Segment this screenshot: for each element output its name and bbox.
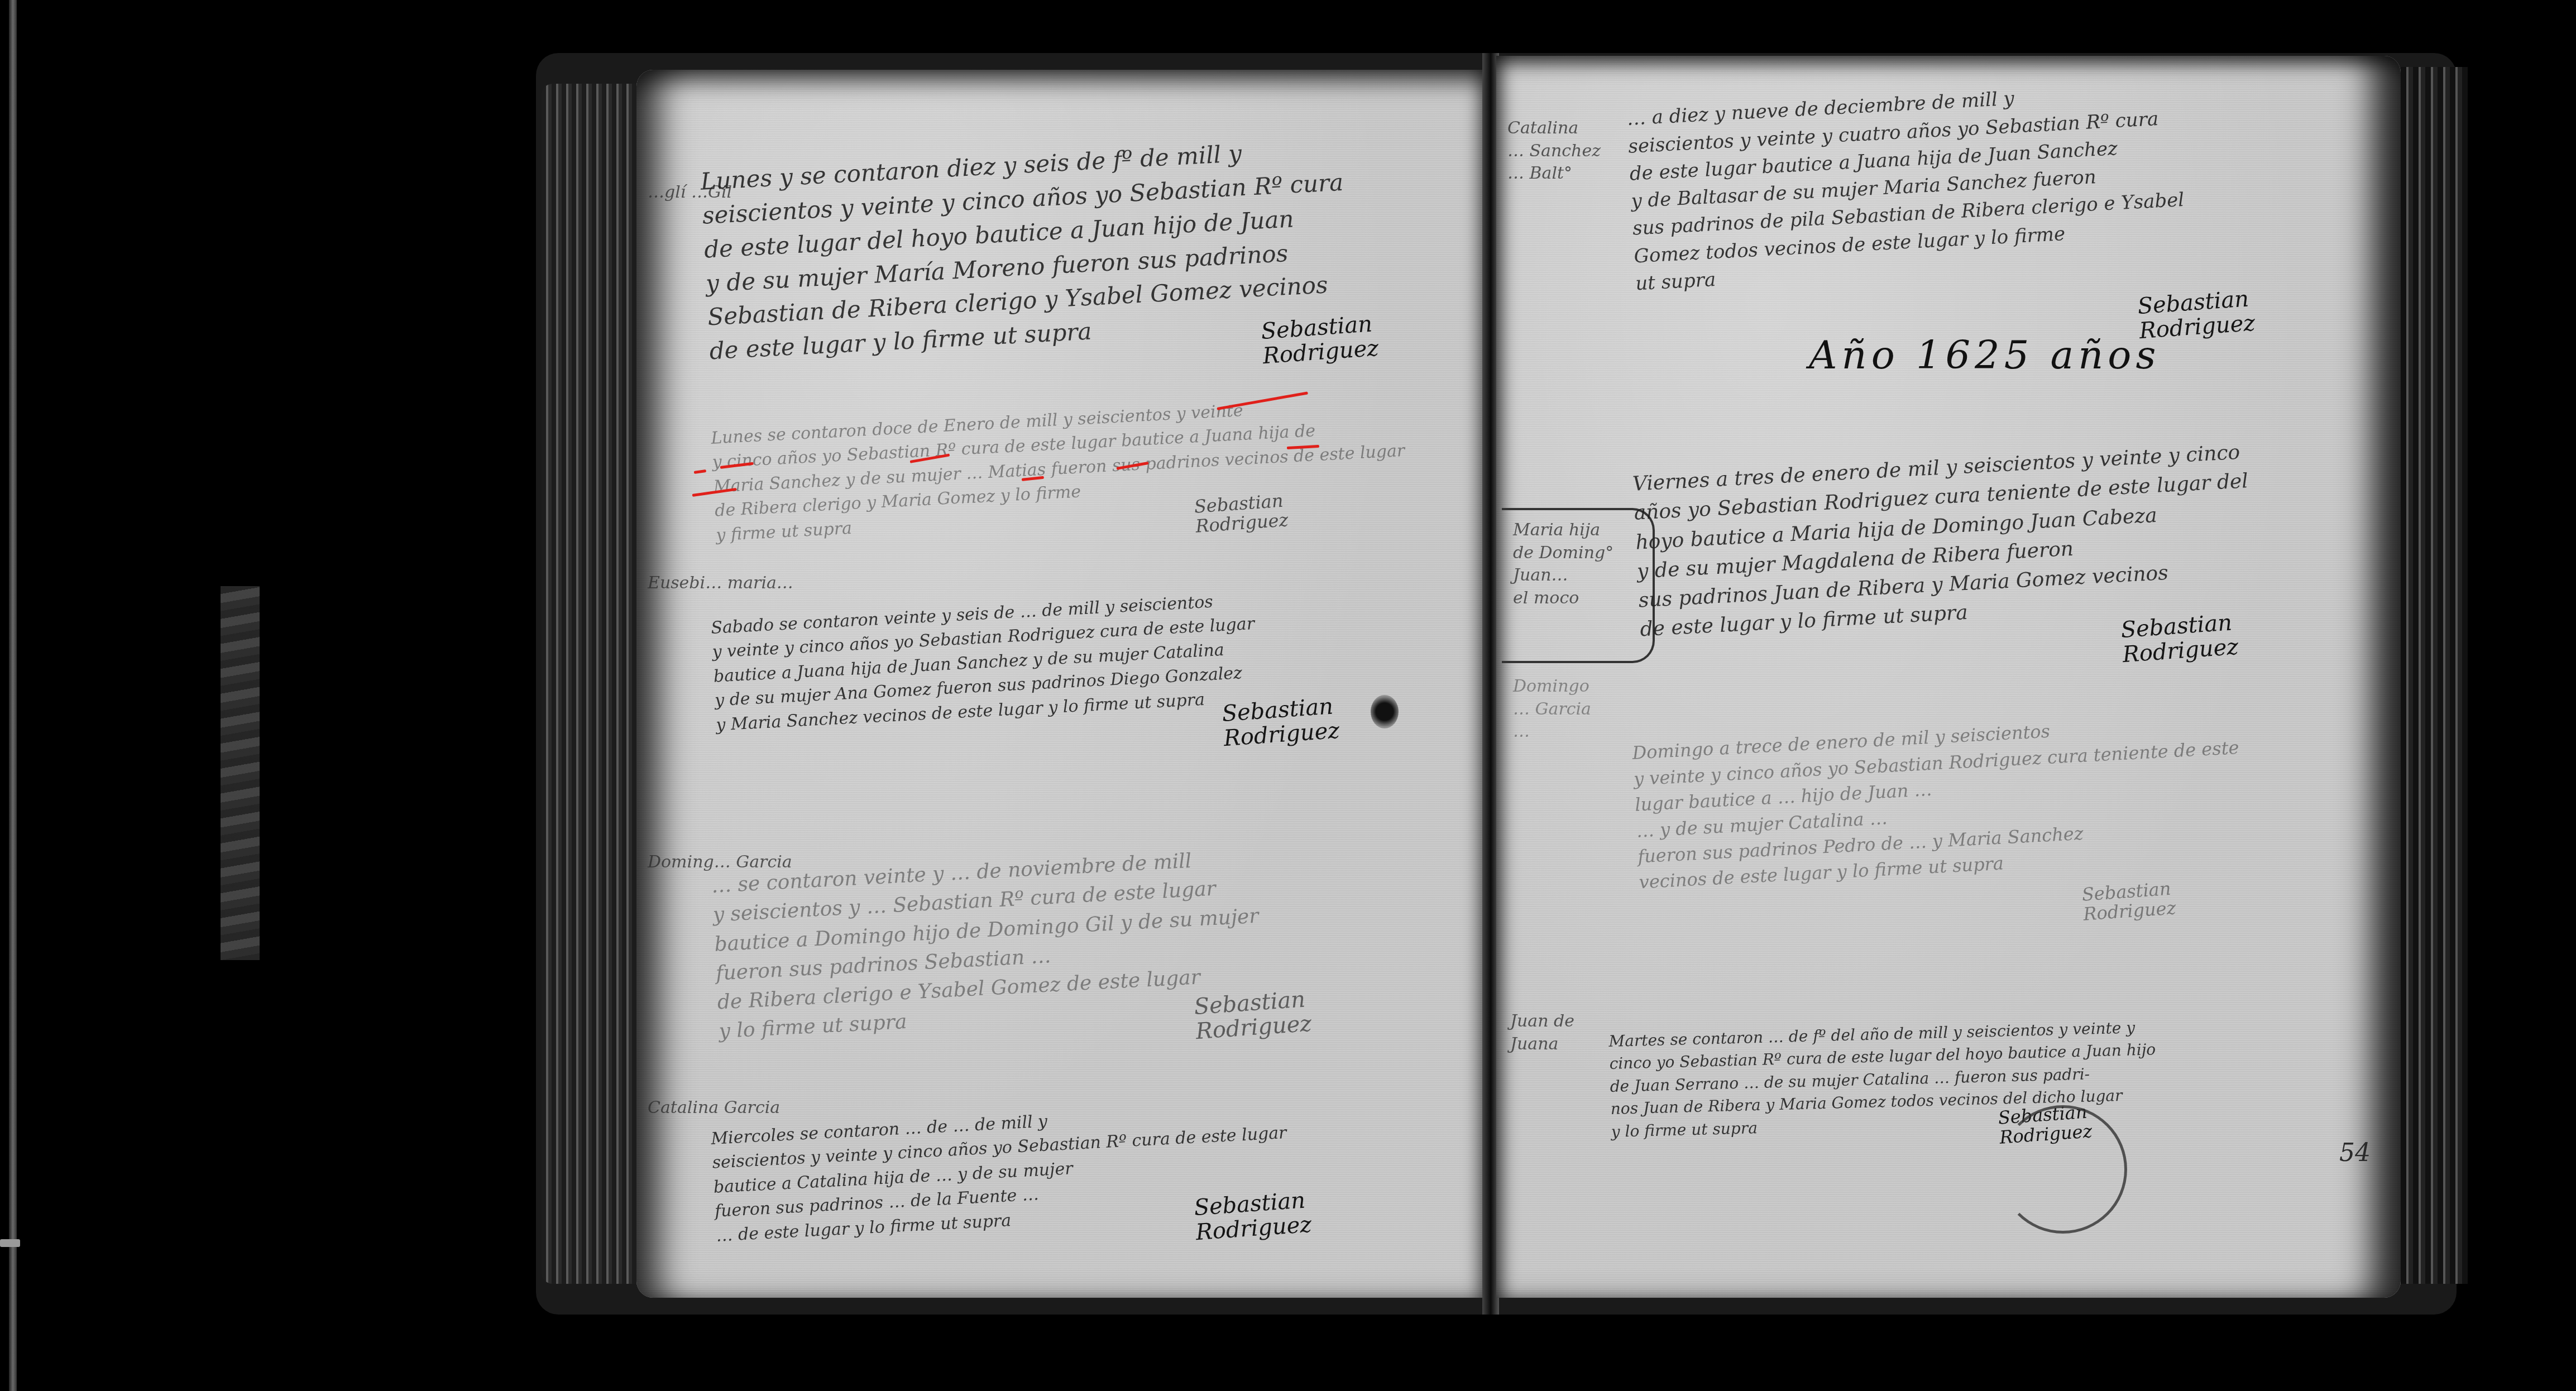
entry-text: … a diez y nueve de deciembre de mill y … [1626,88,2185,295]
microfilm-scan: …glí …Gil Eusebi… maria… Doming… Garcia … [0,0,2576,1391]
margin-note: Catalina … Sanchez … Balt° [1507,117,1601,185]
left-page: …glí …Gil Eusebi… maria… Doming… Garcia … [636,70,1485,1298]
signature: Sebastian Rodriguez [1193,987,1312,1044]
red-underline-annotation [694,469,706,474]
page-number: 54 [2339,1139,2371,1167]
signature: Sebastian Rodriguez [2120,610,2239,667]
ink-blot [1371,695,1399,728]
page-edges-right [2401,67,2468,1284]
signature: Sebastian Rodriguez [1221,694,1340,751]
entry-text: Sabado se contaron veinte y seis de … de… [710,592,1255,735]
baptism-entry: … se contaron veinte y … de noviembre de… [709,803,1472,1046]
baptism-entry: … a diez y nueve de deciembre de mill y … [1625,40,2361,298]
baptism-entry: Viernes a tres de enero de mil y seiscie… [1630,401,2393,644]
baptism-entry: Miercoles se contaron … de … de mill y s… [709,1063,1469,1248]
film-edge [9,0,17,1391]
rubric-flourish [1999,1105,2127,1234]
signature: Sebastian Rodriguez [1194,491,1289,536]
baptism-entry: Domingo a trece de enero de mil y seisci… [1630,675,2392,895]
right-page: Catalina … Sanchez … Balt° … a diez y nu… [1496,56,2401,1298]
book-spine-strip [221,586,260,960]
signature: Sebastian Rodriguez [1193,1188,1312,1245]
entry-text: Domingo a trece de enero de mil y seisci… [1632,721,2240,893]
margin-note: Maria hija de Doming° Juan… el moco [1513,519,1613,610]
film-notch [0,1239,20,1247]
signature: Sebastian Rodriguez [1260,311,1379,368]
entry-text: Viernes a tres de enero de mil y seiscie… [1632,441,2249,641]
baptism-entry: Sabado se contaron veinte y seis de … de… [709,552,1469,737]
margin-note: Domingo … Garcia … [1513,675,1591,744]
entry-text: Lunes se contaron doce de Enero de mill … [710,400,1405,545]
year-heading: Año 1625 años [1809,332,2160,378]
page-edges-left [542,84,636,1284]
baptism-entry: Martes se contaron … de fº del año de mi… [1608,987,2382,1144]
baptism-entry: Lunes se contaron doce de Enero de mill … [709,362,1469,547]
entry-text: Lunes y se contaron diez y seis de fº de… [700,140,1344,365]
entry-text: … se contaron veinte y … de noviembre de… [711,850,1260,1043]
signature: Sebastian Rodriguez [2081,879,2177,924]
margin-note: Juan de Juana [1510,1010,1574,1056]
